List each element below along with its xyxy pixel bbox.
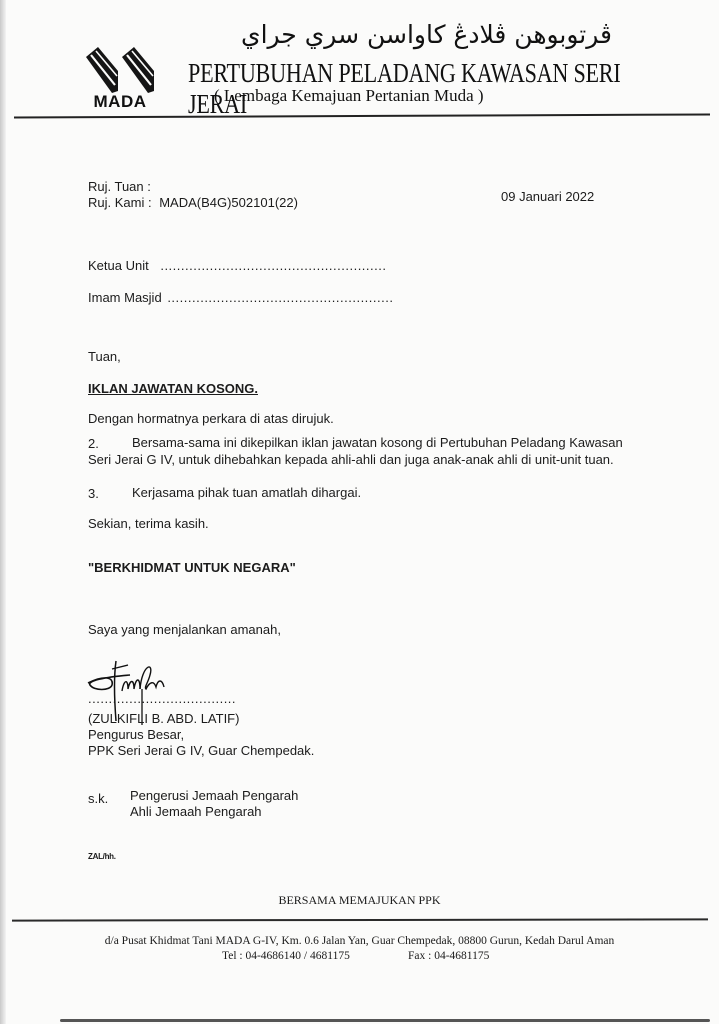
recipient-blank: ........................................… [160, 258, 386, 273]
org-subtitle: ( Lembaga Kemajuan Pertanian Muda ) [214, 86, 484, 106]
paragraph-3: Kerjasama pihak tuan amatlah dihargai. [132, 485, 361, 500]
signatory-org: PPK Seri Jerai G IV, Guar Chempedak. [88, 743, 314, 758]
recipient-label: Ketua Unit [88, 258, 149, 273]
footer-address: d/a Pusat Khidmat Tani MADA G-IV, Km. 0.… [0, 935, 719, 947]
salutation: Tuan, [88, 349, 121, 364]
org-name-jawi: ڤرتوبوهن ڤلادڠ كاواسن سري جراي [212, 20, 612, 49]
signatory-title: Pengurus Besar, [88, 727, 184, 742]
footer-slogan: BERSAMA MEMAJUKAN PPK [0, 893, 719, 908]
page-bottom-edge [60, 1019, 710, 1022]
footer-divider [12, 918, 708, 921]
paragraph-2-line-2: Seri Jerai G IV, untuk dihebahkan kepada… [88, 452, 614, 467]
paragraph-1: Dengan hormatnya perkara di atas dirujuk… [88, 411, 334, 426]
cc-label: s.k. [88, 791, 108, 806]
logo-text: MADA [82, 92, 158, 112]
signatory-name: (ZULKIFLI B. ABD. LATIF) [88, 711, 239, 726]
ruj-kami-value: MADA(B4G)502101(22) [159, 195, 298, 210]
paragraph-3-number: 3. [88, 486, 99, 501]
footer-fax: Fax : 04-4681175 [408, 950, 489, 962]
ruj-kami-label: Ruj. Kami : [88, 195, 152, 210]
paragraph-2-number: 2. [88, 436, 99, 451]
signoff-intro: Saya yang menjalankan amanah, [88, 622, 281, 637]
motto: "BERKHIDMAT UNTUK NEGARA" [88, 560, 296, 575]
recipient-blank: ........................................… [167, 290, 393, 305]
page-edge-shadow [0, 0, 6, 1024]
cc-item: Pengerusi Jemaah Pengarah [130, 788, 298, 803]
recipient-ketua-unit: Ketua Unit .............................… [88, 258, 386, 273]
ruj-kami: Ruj. Kami : MADA(B4G)502101(22) [88, 195, 298, 210]
footer-tel: Tel : 04-4686140 / 4681175 [222, 950, 350, 962]
recipient-imam-masjid: Imam Masjid ............................… [88, 290, 393, 305]
cc-item: Ahli Jemaah Pengarah [130, 804, 262, 819]
subject-heading: IKLAN JAWATAN KOSONG. [88, 381, 258, 396]
signature-line: .................................... [88, 691, 236, 706]
ruj-tuan-label: Ruj. Tuan : [88, 179, 151, 194]
paragraph-2-line-1: Bersama-sama ini dikepilkan iklan jawata… [132, 435, 623, 450]
recipient-label: Imam Masjid [88, 290, 162, 305]
reference-initials: ZAL/hh. [88, 852, 116, 861]
letter-date: 09 Januari 2022 [501, 189, 594, 204]
closing: Sekian, terima kasih. [88, 516, 209, 531]
